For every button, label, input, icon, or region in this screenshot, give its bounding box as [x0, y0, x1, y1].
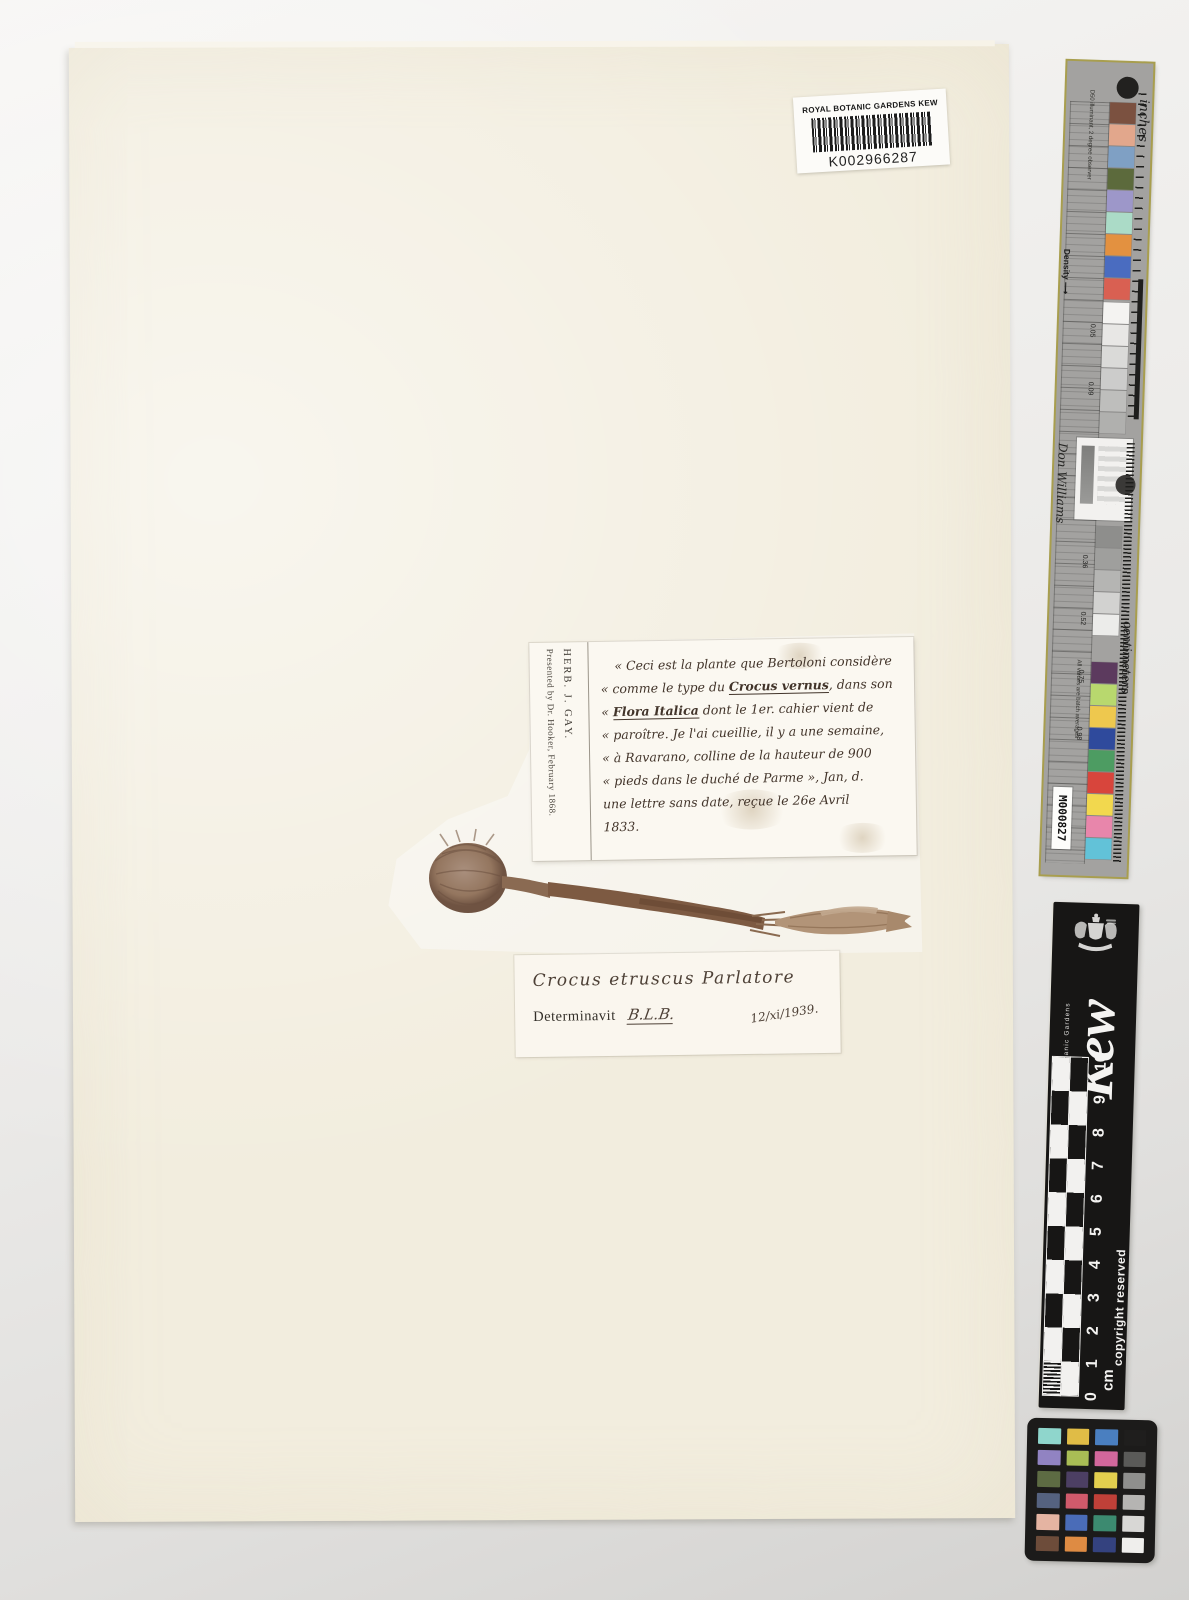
- color-patch: [1123, 1473, 1146, 1489]
- color-patch: [1102, 324, 1129, 346]
- color-patch: [1095, 526, 1122, 548]
- color-patch: [1066, 1471, 1089, 1487]
- color-patch: [1123, 1451, 1146, 1467]
- herbarium-stamp-text: HERB. J. GAY.: [561, 648, 575, 854]
- color-patch: [1038, 1449, 1061, 1465]
- color-patch: [1104, 256, 1131, 278]
- scale-value: 6: [1089, 1194, 1107, 1203]
- color-patch: [1103, 302, 1130, 324]
- determinavit-word: Determinavit: [533, 1008, 616, 1026]
- color-patch: [1090, 684, 1117, 706]
- barcode-icon: [811, 111, 933, 152]
- color-patch: [1104, 278, 1131, 300]
- color-patch: [1107, 190, 1134, 212]
- color-patch: [1122, 1516, 1145, 1532]
- color-patch: [1122, 1494, 1145, 1510]
- color-patch: [1101, 368, 1128, 390]
- scale-value: 0.75: [1077, 669, 1084, 683]
- color-patch: [1106, 212, 1133, 234]
- scale-value: 0.52: [1079, 612, 1086, 626]
- ruler-id-label: M000827: [1051, 787, 1072, 850]
- color-patch: [1064, 1536, 1087, 1552]
- color-patch: [1086, 816, 1113, 838]
- color-patch: [1091, 662, 1118, 684]
- color-patches-bottom: [1085, 662, 1118, 861]
- color-checker-card: [1025, 1418, 1158, 1564]
- handwritten-note-text: « Ceci est la plante que Bertoloni consi…: [588, 636, 917, 860]
- determiner-initials: B.L.B.: [626, 1005, 675, 1025]
- scale-value: 3: [1086, 1293, 1104, 1302]
- color-patch: [1089, 728, 1116, 750]
- color-patch: [1095, 548, 1122, 570]
- color-patch: [1037, 1492, 1060, 1508]
- color-patch: [1088, 750, 1115, 772]
- flower: [775, 906, 912, 934]
- color-patch: [1099, 412, 1126, 434]
- color-patch: [1093, 1515, 1116, 1531]
- scale-value: 0.36: [1081, 554, 1088, 568]
- color-patch: [1095, 1451, 1118, 1467]
- color-patch: [1065, 1514, 1088, 1530]
- color-scale-ruler: inches centimeters Density ⟶ D50 illumin…: [1041, 61, 1154, 877]
- scale-value: 1: [1084, 1359, 1102, 1368]
- color-patch: [1066, 1450, 1089, 1466]
- color-patches-top: [1104, 102, 1137, 301]
- color-patch: [1100, 390, 1127, 412]
- color-patch: [1066, 1428, 1089, 1444]
- royal-crest-icon: [1069, 912, 1122, 956]
- determination-label: Crocus etruscus Parlatore Determinavit B…: [514, 951, 840, 1058]
- color-patch: [1095, 1429, 1118, 1445]
- color-patch: [1105, 234, 1132, 256]
- color-patch: [1092, 614, 1119, 636]
- scale-value: 0.09: [1086, 381, 1093, 395]
- gray-wedge-lower: [1092, 526, 1122, 637]
- color-patch: [1123, 1430, 1146, 1446]
- gray-wedge-upper: [1099, 302, 1129, 435]
- presented-by-text: Presented by Dr. Hooker, February 1868.: [545, 649, 558, 855]
- scale-value: 10: [1093, 1053, 1112, 1071]
- scale-value: 7: [1090, 1161, 1108, 1170]
- color-patch: [1065, 1493, 1088, 1509]
- color-patch: [1121, 1537, 1144, 1553]
- color-patch: [1101, 346, 1128, 368]
- stem: [502, 876, 798, 936]
- printed-stamp-strip: Presented by Dr. Hooker, February 1868. …: [529, 642, 591, 861]
- color-patch: [1109, 124, 1136, 146]
- color-patch: [1087, 772, 1114, 794]
- color-patch: [1108, 146, 1135, 168]
- color-patch: [1036, 1535, 1059, 1551]
- barcode-label: ROYAL BOTANIC GARDENS KEW K002966287: [793, 89, 950, 174]
- color-patch: [1037, 1471, 1060, 1487]
- determination-date: 12/xi/1939.: [749, 1001, 819, 1025]
- specimen-note-label: Presented by Dr. Hooker, February 1868. …: [529, 637, 916, 861]
- color-patch: [1094, 570, 1121, 592]
- color-patch: [1109, 102, 1136, 124]
- gray-bar: [1080, 445, 1095, 503]
- color-patch: [1089, 706, 1116, 728]
- scale-value: 0.98: [1075, 727, 1082, 741]
- determinavit-row: Determinavit B.L.B. 12/xi/1939.: [533, 1003, 822, 1026]
- scale-value: 0: [1083, 1392, 1101, 1401]
- scale-value: 2: [1085, 1326, 1103, 1335]
- cm-unit-label: cm: [1099, 1369, 1117, 1391]
- scale-value: 4: [1087, 1260, 1105, 1269]
- color-patch: [1094, 1494, 1117, 1510]
- color-patch: [1093, 592, 1120, 614]
- color-patch: [1093, 1537, 1116, 1553]
- color-patch: [1036, 1514, 1059, 1530]
- color-patch: [1107, 168, 1134, 190]
- scale-value: 0.05: [1088, 324, 1095, 338]
- color-patch: [1087, 794, 1114, 816]
- color-patch: [1038, 1428, 1061, 1444]
- scale-value: 8: [1091, 1128, 1109, 1137]
- scale-value: 9: [1092, 1095, 1110, 1104]
- maker-signature: Don Williams: [1053, 443, 1070, 524]
- herbarium-photo: ROYAL BOTANIC GARDENS KEW K002966287: [0, 0, 1189, 1600]
- color-patch: [1094, 1472, 1117, 1488]
- kew-scale-bar: Royal Botanic Gardens Kew 012345678910 c…: [1039, 902, 1140, 1410]
- corm: [429, 829, 507, 913]
- color-patch: [1085, 838, 1112, 860]
- registration-dot-icon: [1116, 76, 1139, 99]
- scale-value: 5: [1088, 1227, 1106, 1236]
- species-name: Crocus etruscus Parlatore: [533, 967, 822, 991]
- density-label: Density ⟶: [1061, 249, 1072, 295]
- millimeter-hatch: [1043, 1361, 1061, 1395]
